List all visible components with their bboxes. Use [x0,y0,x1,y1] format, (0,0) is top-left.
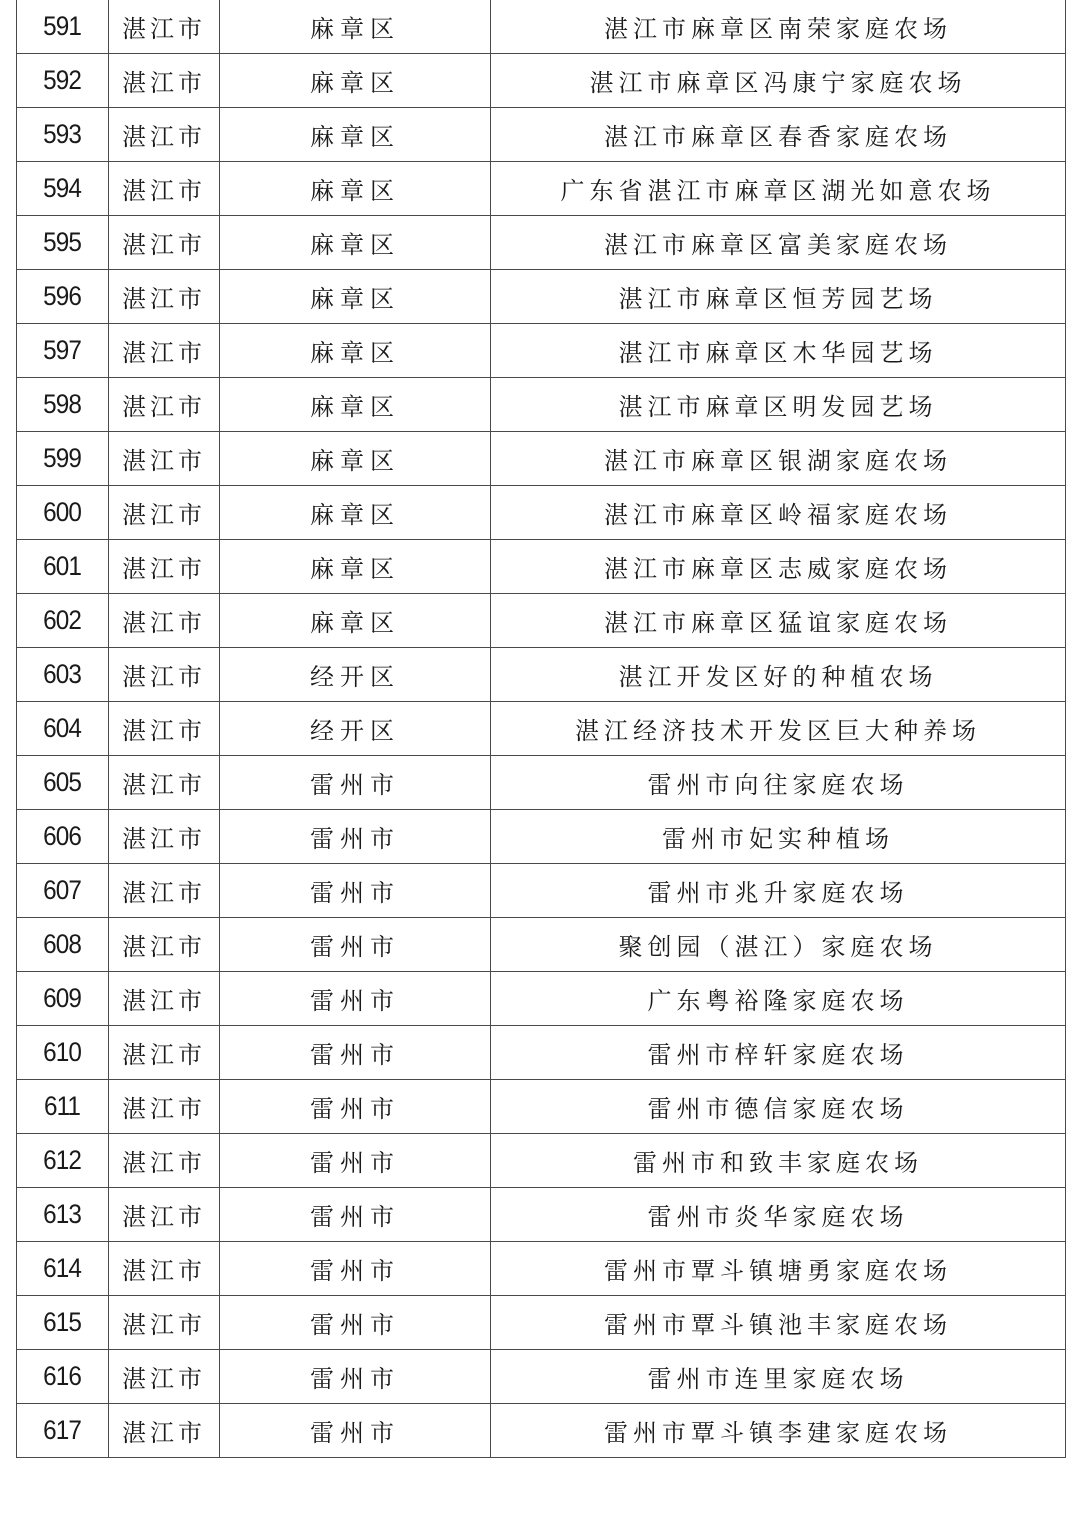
row-number-cell: 605 [17,756,109,810]
district-cell: 雷州市 [220,1350,491,1404]
row-number-cell: 617 [17,1404,109,1458]
row-number-cell: 604 [17,702,109,756]
farm-name-cell-text: 广东省湛江市麻章区湖光如意农场 [561,177,996,205]
farm-name-cell-text: 湛江开发区好的种植农场 [619,663,938,691]
city-cell-text: 湛江市 [122,555,206,583]
farm-name-cell: 湛江市麻章区岭福家庭农场 [491,486,1066,540]
farm-name-cell-text: 湛江市麻章区银湖家庭农场 [604,447,952,475]
farm-name-cell: 雷州市兆升家庭农场 [491,864,1066,918]
farm-name-cell-text: 湛江市麻章区志威家庭农场 [604,555,952,583]
row-number-cell-text: 605 [44,767,82,798]
city-cell-text: 湛江市 [122,501,206,529]
row-number-cell-text: 615 [44,1307,82,1338]
city-cell-text: 湛江市 [122,1095,206,1123]
table-row: 617湛江市雷州市雷州市覃斗镇李建家庭农场 [17,1404,1066,1458]
city-cell: 湛江市 [109,972,220,1026]
city-cell: 湛江市 [109,540,220,594]
city-cell-text: 湛江市 [122,1365,206,1393]
table-row: 599湛江市麻章区湛江市麻章区银湖家庭农场 [17,432,1066,486]
row-number-cell: 591 [17,0,109,54]
farm-name-cell-text: 湛江经济技术开发区巨大种养场 [575,717,981,745]
farm-name-cell-text: 聚创园（湛江）家庭农场 [619,933,938,961]
row-number-cell: 613 [17,1188,109,1242]
row-number-cell-text: 614 [44,1253,82,1284]
row-number-cell: 592 [17,54,109,108]
city-cell: 湛江市 [109,0,220,54]
farm-name-cell-text: 湛江市麻章区恒芳园艺场 [619,285,938,313]
farm-name-cell: 雷州市覃斗镇池丰家庭农场 [491,1296,1066,1350]
district-cell: 麻章区 [220,0,491,54]
row-number-cell: 616 [17,1350,109,1404]
city-cell: 湛江市 [109,810,220,864]
farm-name-cell-text: 雷州市覃斗镇李建家庭农场 [604,1419,952,1447]
city-cell: 湛江市 [109,1404,220,1458]
farm-name-cell-text: 雷州市和致丰家庭农场 [633,1149,923,1177]
city-cell-text: 湛江市 [122,1149,206,1177]
farm-name-cell-text: 湛江市麻章区猛谊家庭农场 [604,609,952,637]
city-cell-text: 湛江市 [122,447,206,475]
row-number-cell: 608 [17,918,109,972]
city-cell-text: 湛江市 [122,1311,206,1339]
district-cell-text: 雷州市 [310,1257,400,1285]
row-number-cell-text: 613 [44,1199,82,1230]
city-cell: 湛江市 [109,162,220,216]
row-number-cell-text: 592 [44,65,82,96]
row-number-cell-text: 604 [44,713,82,744]
farm-name-cell: 湛江市麻章区南荣家庭农场 [491,0,1066,54]
district-cell: 雷州市 [220,756,491,810]
city-cell-text: 湛江市 [122,177,206,205]
district-cell: 雷州市 [220,1026,491,1080]
city-cell: 湛江市 [109,216,220,270]
district-cell: 雷州市 [220,810,491,864]
farm-name-cell-text: 雷州市兆升家庭农场 [648,879,909,907]
row-number-cell: 598 [17,378,109,432]
district-cell: 雷州市 [220,1134,491,1188]
city-cell: 湛江市 [109,702,220,756]
farm-name-cell-text: 湛江市麻章区木华园艺场 [619,339,938,367]
district-cell: 雷州市 [220,1242,491,1296]
table-row: 615湛江市雷州市雷州市覃斗镇池丰家庭农场 [17,1296,1066,1350]
district-cell-text: 雷州市 [310,1041,400,1069]
farm-name-cell-text: 湛江市麻章区富美家庭农场 [604,231,952,259]
table-row: 592湛江市麻章区湛江市麻章区冯康宁家庭农场 [17,54,1066,108]
district-cell-text: 麻章区 [310,285,400,313]
row-number-cell-text: 609 [44,983,82,1014]
table-row: 608湛江市雷州市聚创园（湛江）家庭农场 [17,918,1066,972]
farm-name-cell: 广东省湛江市麻章区湖光如意农场 [491,162,1066,216]
district-cell: 麻章区 [220,324,491,378]
city-cell: 湛江市 [109,1134,220,1188]
row-number-cell: 610 [17,1026,109,1080]
farm-name-cell: 湛江经济技术开发区巨大种养场 [491,702,1066,756]
city-cell-text: 湛江市 [122,771,206,799]
city-cell-text: 湛江市 [122,663,206,691]
table-row: 605湛江市雷州市雷州市向往家庭农场 [17,756,1066,810]
city-cell: 湛江市 [109,270,220,324]
farm-name-cell: 湛江市麻章区银湖家庭农场 [491,432,1066,486]
farm-name-cell: 雷州市覃斗镇塘勇家庭农场 [491,1242,1066,1296]
table-row: 598湛江市麻章区湛江市麻章区明发园艺场 [17,378,1066,432]
city-cell: 湛江市 [109,378,220,432]
district-cell-text: 经开区 [310,717,400,745]
row-number-cell: 600 [17,486,109,540]
farm-name-cell: 雷州市向往家庭农场 [491,756,1066,810]
district-cell-text: 雷州市 [310,1419,400,1447]
farm-name-cell: 湛江开发区好的种植农场 [491,648,1066,702]
table-row: 609湛江市雷州市广东粤裕隆家庭农场 [17,972,1066,1026]
row-number-cell-text: 602 [44,605,82,636]
farm-name-cell: 广东粤裕隆家庭农场 [491,972,1066,1026]
district-cell-text: 麻章区 [310,609,400,637]
district-cell: 雷州市 [220,918,491,972]
row-number-cell: 599 [17,432,109,486]
row-number-cell-text: 611 [44,1091,80,1122]
district-cell: 麻章区 [220,270,491,324]
farm-name-cell-text: 广东粤裕隆家庭农场 [648,987,909,1015]
district-cell-text: 雷州市 [310,987,400,1015]
farm-name-cell-text: 雷州市向往家庭农场 [648,771,909,799]
row-number-cell: 601 [17,540,109,594]
farm-name-cell: 湛江市麻章区春香家庭农场 [491,108,1066,162]
city-cell: 湛江市 [109,1296,220,1350]
row-number-cell: 595 [17,216,109,270]
city-cell: 湛江市 [109,594,220,648]
farm-name-cell-text: 雷州市梓轩家庭农场 [648,1041,909,1069]
row-number-cell-text: 601 [44,551,82,582]
district-cell: 雷州市 [220,972,491,1026]
row-number-cell-text: 597 [44,335,82,366]
table-row: 600湛江市麻章区湛江市麻章区岭福家庭农场 [17,486,1066,540]
district-cell: 麻章区 [220,432,491,486]
district-cell: 经开区 [220,702,491,756]
district-cell-text: 雷州市 [310,1095,400,1123]
farm-name-cell: 雷州市德信家庭农场 [491,1080,1066,1134]
district-cell-text: 雷州市 [310,825,400,853]
table-row: 591湛江市麻章区湛江市麻章区南荣家庭农场 [17,0,1066,54]
row-number-cell-text: 606 [44,821,82,852]
city-cell-text: 湛江市 [122,285,206,313]
district-cell-text: 雷州市 [310,1365,400,1393]
row-number-cell-text: 610 [44,1037,82,1068]
district-cell: 麻章区 [220,486,491,540]
farm-list-table-container: 591湛江市麻章区湛江市麻章区南荣家庭农场592湛江市麻章区湛江市麻章区冯康宁家… [16,0,1065,1458]
table-row: 614湛江市雷州市雷州市覃斗镇塘勇家庭农场 [17,1242,1066,1296]
row-number-cell-text: 600 [44,497,82,528]
row-number-cell: 597 [17,324,109,378]
farm-name-cell-text: 湛江市麻章区春香家庭农场 [604,123,952,151]
row-number-cell-text: 616 [44,1361,82,1392]
row-number-cell: 606 [17,810,109,864]
farm-name-cell: 湛江市麻章区明发园艺场 [491,378,1066,432]
table-row: 597湛江市麻章区湛江市麻章区木华园艺场 [17,324,1066,378]
city-cell-text: 湛江市 [122,933,206,961]
city-cell-text: 湛江市 [122,987,206,1015]
city-cell-text: 湛江市 [122,879,206,907]
city-cell: 湛江市 [109,918,220,972]
district-cell-text: 麻章区 [310,15,400,43]
city-cell-text: 湛江市 [122,69,206,97]
district-cell-text: 雷州市 [310,1203,400,1231]
table-row: 594湛江市麻章区广东省湛江市麻章区湖光如意农场 [17,162,1066,216]
city-cell-text: 湛江市 [122,393,206,421]
row-number-cell: 596 [17,270,109,324]
district-cell: 雷州市 [220,1296,491,1350]
city-cell: 湛江市 [109,1080,220,1134]
district-cell: 雷州市 [220,1188,491,1242]
farm-name-cell-text: 湛江市麻章区岭福家庭农场 [604,501,952,529]
city-cell: 湛江市 [109,486,220,540]
district-cell: 麻章区 [220,378,491,432]
table-row: 596湛江市麻章区湛江市麻章区恒芳园艺场 [17,270,1066,324]
district-cell-text: 雷州市 [310,1311,400,1339]
table-row: 595湛江市麻章区湛江市麻章区富美家庭农场 [17,216,1066,270]
farm-name-cell: 聚创园（湛江）家庭农场 [491,918,1066,972]
table-row: 613湛江市雷州市雷州市炎华家庭农场 [17,1188,1066,1242]
farm-name-cell-text: 湛江市麻章区冯康宁家庭农场 [590,69,967,97]
row-number-cell-text: 598 [44,389,82,420]
district-cell-text: 麻章区 [310,69,400,97]
city-cell-text: 湛江市 [122,123,206,151]
farm-name-cell: 湛江市麻章区猛谊家庭农场 [491,594,1066,648]
district-cell-text: 麻章区 [310,123,400,151]
table-row: 604湛江市经开区湛江经济技术开发区巨大种养场 [17,702,1066,756]
row-number-cell: 594 [17,162,109,216]
row-number-cell: 593 [17,108,109,162]
table-row: 612湛江市雷州市雷州市和致丰家庭农场 [17,1134,1066,1188]
row-number-cell-text: 599 [44,443,82,474]
farm-name-cell: 雷州市和致丰家庭农场 [491,1134,1066,1188]
row-number-cell-text: 593 [44,119,82,150]
farm-name-cell-text: 雷州市妃实种植场 [662,825,894,853]
city-cell-text: 湛江市 [122,1419,206,1447]
district-cell: 麻章区 [220,162,491,216]
city-cell-text: 湛江市 [122,339,206,367]
district-cell-text: 经开区 [310,663,400,691]
district-cell-text: 雷州市 [310,933,400,961]
city-cell-text: 湛江市 [122,231,206,259]
row-number-cell-text: 608 [44,929,82,960]
city-cell-text: 湛江市 [122,717,206,745]
table-row: 611湛江市雷州市雷州市德信家庭农场 [17,1080,1066,1134]
farm-name-cell-text: 雷州市德信家庭农场 [648,1095,909,1123]
city-cell: 湛江市 [109,1026,220,1080]
farm-name-cell: 湛江市麻章区恒芳园艺场 [491,270,1066,324]
row-number-cell: 612 [17,1134,109,1188]
city-cell-text: 湛江市 [122,15,206,43]
farm-name-cell-text: 湛江市麻章区明发园艺场 [619,393,938,421]
city-cell: 湛江市 [109,1350,220,1404]
district-cell-text: 麻章区 [310,177,400,205]
farm-name-cell: 雷州市连里家庭农场 [491,1350,1066,1404]
row-number-cell: 603 [17,648,109,702]
row-number-cell: 609 [17,972,109,1026]
district-cell: 麻章区 [220,594,491,648]
table-row: 610湛江市雷州市雷州市梓轩家庭农场 [17,1026,1066,1080]
table-row: 607湛江市雷州市雷州市兆升家庭农场 [17,864,1066,918]
row-number-cell-text: 594 [44,173,82,204]
city-cell: 湛江市 [109,1188,220,1242]
district-cell-text: 雷州市 [310,1149,400,1177]
city-cell-text: 湛江市 [122,825,206,853]
farm-name-cell: 雷州市炎华家庭农场 [491,1188,1066,1242]
district-cell: 经开区 [220,648,491,702]
farm-name-cell: 雷州市梓轩家庭农场 [491,1026,1066,1080]
city-cell: 湛江市 [109,54,220,108]
district-cell-text: 雷州市 [310,879,400,907]
district-cell: 麻章区 [220,216,491,270]
district-cell: 雷州市 [220,1404,491,1458]
table-row: 602湛江市麻章区湛江市麻章区猛谊家庭农场 [17,594,1066,648]
farm-name-cell: 湛江市麻章区志威家庭农场 [491,540,1066,594]
table-row: 601湛江市麻章区湛江市麻章区志威家庭农场 [17,540,1066,594]
district-cell: 麻章区 [220,54,491,108]
district-cell-text: 麻章区 [310,393,400,421]
row-number-cell-text: 607 [44,875,82,906]
table-row: 593湛江市麻章区湛江市麻章区春香家庭农场 [17,108,1066,162]
row-number-cell: 615 [17,1296,109,1350]
city-cell: 湛江市 [109,864,220,918]
row-number-cell-text: 595 [44,227,82,258]
table-body: 591湛江市麻章区湛江市麻章区南荣家庭农场592湛江市麻章区湛江市麻章区冯康宁家… [17,0,1066,1458]
farm-name-cell-text: 雷州市连里家庭农场 [648,1365,909,1393]
district-cell-text: 麻章区 [310,339,400,367]
row-number-cell-text: 612 [44,1145,82,1176]
city-cell-text: 湛江市 [122,1203,206,1231]
farm-name-cell: 湛江市麻章区富美家庭农场 [491,216,1066,270]
district-cell: 麻章区 [220,540,491,594]
district-cell: 雷州市 [220,1080,491,1134]
district-cell: 雷州市 [220,864,491,918]
city-cell: 湛江市 [109,1242,220,1296]
farm-name-cell-text: 雷州市炎华家庭农场 [648,1203,909,1231]
farm-list-table: 591湛江市麻章区湛江市麻章区南荣家庭农场592湛江市麻章区湛江市麻章区冯康宁家… [16,0,1066,1458]
city-cell-text: 湛江市 [122,1257,206,1285]
row-number-cell: 607 [17,864,109,918]
district-cell-text: 麻章区 [310,501,400,529]
district-cell-text: 麻章区 [310,231,400,259]
table-row: 603湛江市经开区湛江开发区好的种植农场 [17,648,1066,702]
farm-name-cell: 雷州市覃斗镇李建家庭农场 [491,1404,1066,1458]
table-row: 616湛江市雷州市雷州市连里家庭农场 [17,1350,1066,1404]
city-cell: 湛江市 [109,756,220,810]
table-row: 606湛江市雷州市雷州市妃实种植场 [17,810,1066,864]
farm-name-cell: 湛江市麻章区冯康宁家庭农场 [491,54,1066,108]
farm-name-cell-text: 雷州市覃斗镇池丰家庭农场 [604,1311,952,1339]
row-number-cell-text: 591 [44,11,82,42]
district-cell-text: 麻章区 [310,447,400,475]
city-cell: 湛江市 [109,324,220,378]
row-number-cell-text: 617 [44,1415,82,1446]
city-cell: 湛江市 [109,108,220,162]
district-cell: 麻章区 [220,108,491,162]
farm-name-cell-text: 雷州市覃斗镇塘勇家庭农场 [604,1257,952,1285]
district-cell-text: 麻章区 [310,555,400,583]
row-number-cell: 614 [17,1242,109,1296]
city-cell-text: 湛江市 [122,1041,206,1069]
city-cell-text: 湛江市 [122,609,206,637]
row-number-cell: 611 [17,1080,109,1134]
farm-name-cell: 湛江市麻章区木华园艺场 [491,324,1066,378]
row-number-cell-text: 603 [44,659,82,690]
farm-name-cell-text: 湛江市麻章区南荣家庭农场 [604,15,952,43]
city-cell: 湛江市 [109,432,220,486]
city-cell: 湛江市 [109,648,220,702]
row-number-cell-text: 596 [44,281,82,312]
farm-name-cell: 雷州市妃实种植场 [491,810,1066,864]
district-cell-text: 雷州市 [310,771,400,799]
row-number-cell: 602 [17,594,109,648]
